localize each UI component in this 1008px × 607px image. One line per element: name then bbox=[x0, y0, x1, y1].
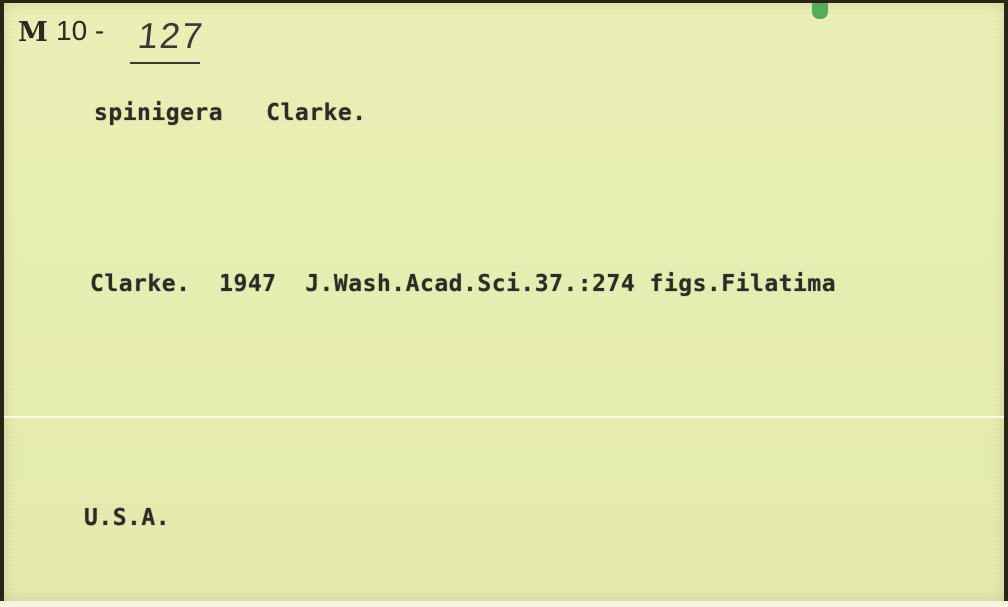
species-name: spinigera Clarke. bbox=[94, 100, 367, 126]
locality: U.S.A. bbox=[84, 505, 170, 531]
bibliographic-reference: Clarke. 1947 J.Wash.Acad.Sci.37.:274 fig… bbox=[90, 271, 836, 297]
index-card: M 10 - 127 spinigera Clarke. Clarke. 194… bbox=[4, 3, 1004, 601]
card-number-handwritten: 127 bbox=[136, 15, 206, 57]
card-bottom-edge bbox=[0, 601, 1008, 607]
card-crease-line bbox=[4, 416, 1004, 418]
card-number-underline bbox=[130, 62, 200, 64]
drawer-number: 10 - bbox=[56, 15, 104, 47]
green-tab-marker bbox=[812, 3, 828, 19]
drawer-prefix: M bbox=[18, 17, 48, 48]
